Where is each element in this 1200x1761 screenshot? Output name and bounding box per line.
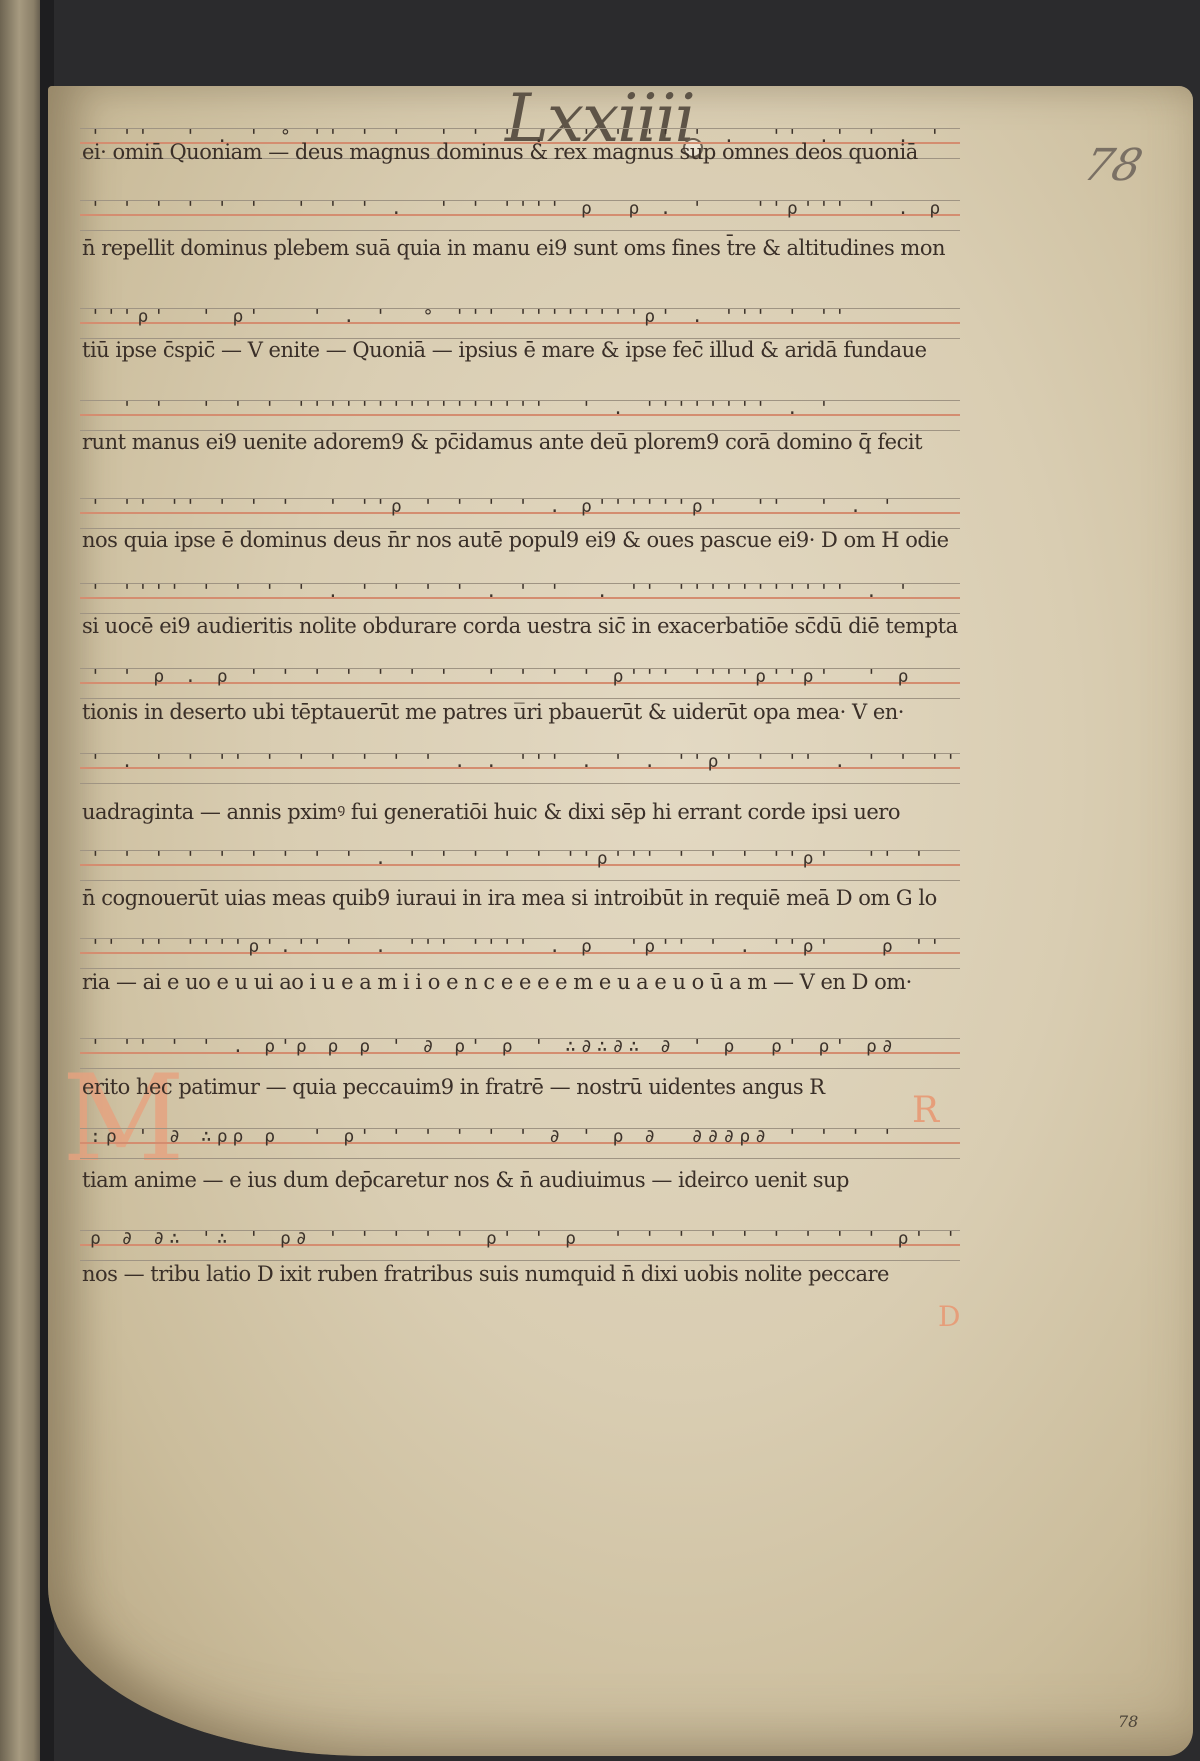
chant-text-line: tiū ipse c̄spic̄ — V enite — Quoniā — ip… xyxy=(82,338,927,362)
chant-text-line: tionis in deserto ubi tēptauerūt me patr… xyxy=(82,700,904,724)
neumes: ρ ∂ ∂∴ '∴ ' ρ∂ ' ' ' ' ' ρ' ' ρ ' ' ' ' … xyxy=(90,1228,961,1249)
neumes: '' '' ''''ρ'.'' ' . ''' '''' . ρ 'ρ'' ' … xyxy=(90,936,945,957)
neumes: :ρ ' ∂ ∴ρρ ρ ' ρ' ' ' ' ' ' ∂ ' ρ ∂ ∂∂∂ρ… xyxy=(90,1126,898,1147)
chant-text-line: uadraginta — annis pximꝰ fui generatiōi … xyxy=(82,798,900,826)
chant-text-line: ria — ai e uo e u ui ao i u e a m i i o … xyxy=(82,970,912,994)
neume-staff: ' '' ' ' . ρ'ρ ρ ρ ' ∂ ρ' ρ ' ∴∂∴∂∴ ∂ ' … xyxy=(80,1030,960,1076)
chant-text-line: nos quia ipse ē dominus deus n̄r nos aut… xyxy=(82,528,949,552)
neume-staff: :ρ ' ∂ ∴ρρ ρ ' ρ' ' ' ' ' ' ∂ ' ρ ∂ ∂∂∂ρ… xyxy=(80,1120,960,1166)
neumes: ' ' ' ' ' ' ' ' ' . ' ' ' ' ' ''ρ''' ' '… xyxy=(90,848,929,869)
neumes: ' ' ρ . ρ ' ' ' ' ' ' ' ' ' ' ' ρ''' '''… xyxy=(90,666,914,687)
neumes: ' '' ' ' . ρ'ρ ρ ρ ' ∂ ρ' ρ ' ∴∂∴∂∴ ∂ ' … xyxy=(90,1036,898,1057)
neumes: ' ' ' ' ' ' ' ' ' . ' ' '''' ρ ρ . ' ''ρ… xyxy=(90,198,945,219)
neumes: ' ' ' ' ' '''''''''''''''' ' . '''''''' … xyxy=(90,398,834,419)
neumes: ' '''' ' ' ' ' . ' ' ' ' . ' ' . '' ''''… xyxy=(90,581,914,602)
chant-text-line: si uocē ei9 audieritis nolite obdurare c… xyxy=(82,614,958,638)
folio-bottom-number: 78 xyxy=(1118,1712,1138,1731)
neumes: ' . ' ' '' ' ' ' ' ' ' . . ''' . ' . ''ρ… xyxy=(90,751,961,772)
neume-staff: ' . ' ' '' ' ' ' ' ' ' . . ''' . ' . ''ρ… xyxy=(80,745,960,791)
chant-text-line: runt manus ei9 uenite adorem9 & pc̄idamu… xyxy=(82,430,922,454)
neumes: '''ρ' ' ρ' ' . ' ° ''' ''''''''ρ' . ''' … xyxy=(90,306,850,327)
neumes: ' '' '' ' ' ' ' ''ρ ' ' ' ' . ρ''''''ρ' … xyxy=(90,496,898,517)
chant-text-line: n̄ cognouerūt uias meas quib9 iuraui in … xyxy=(82,886,937,910)
neume-staff: ' ' ' ' ' ' ' ' ' . ' ' '''' ρ ρ . ' ''ρ… xyxy=(80,192,960,238)
chant-text-line: erito hec patimur — quia peccauim9 in fr… xyxy=(82,1075,825,1099)
chant-text-line: nos — tribu latio D ixit ruben fratribus… xyxy=(82,1262,889,1286)
neume-staff: ' ' ' ' ' ' ' ' ' . ' ' ' ' ' ''ρ''' ' '… xyxy=(80,842,960,888)
chant-text-line: ei· omin̄ Quoniam — deus magnus dominus … xyxy=(82,140,918,164)
chant-text-line: tiam anime — e ius dum dep̄caretur nos &… xyxy=(82,1168,849,1192)
chant-text-line: n̄ repellit dominus plebem suā quia in m… xyxy=(82,236,945,260)
rubric-marker-d: D xyxy=(938,1300,960,1333)
